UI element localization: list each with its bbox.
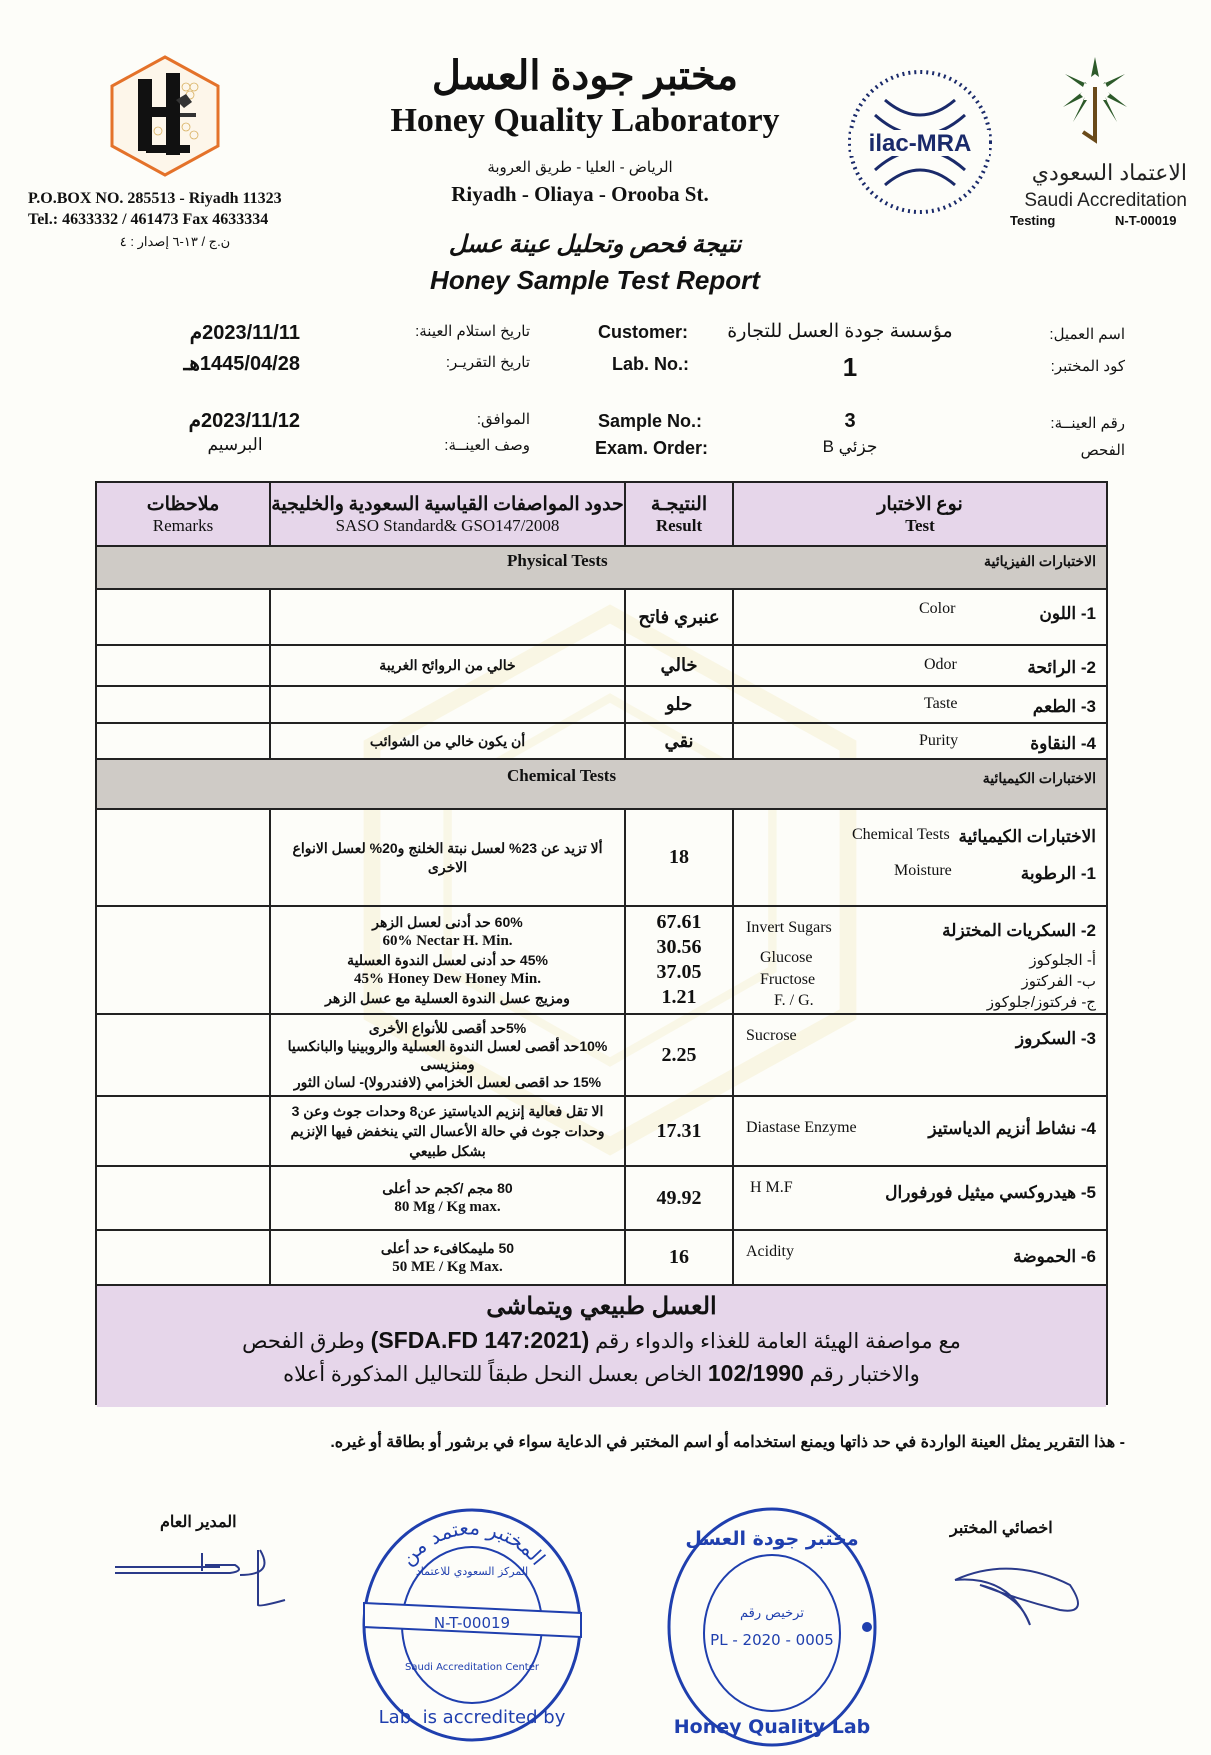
remarks-cell bbox=[97, 1015, 269, 1095]
test-ar: 2- السكريات المختزلة bbox=[942, 921, 1096, 941]
exam-order-label-en: Exam. Order: bbox=[595, 438, 708, 459]
conclusion-text: وطرق الفحص bbox=[242, 1330, 365, 1353]
lab-stamp-icon: مختبر جودة العسل ترخيص رقم PL - 2020 - 0… bbox=[665, 1505, 880, 1750]
standard-line: ومزيج عسل الندوة العسلية مع عسل الزهر bbox=[325, 989, 570, 1008]
conclusion-text: والاختبار رقم bbox=[810, 1363, 920, 1386]
standard-cell: 60% حد أدنى لعسل الزهر 60% Nectar H. Min… bbox=[269, 907, 624, 1013]
test-ar: 3- الطعم bbox=[1033, 697, 1096, 717]
result-cell: خالي bbox=[624, 646, 732, 685]
result-cell: حلو bbox=[624, 687, 732, 722]
remarks-cell bbox=[97, 687, 269, 722]
results-table: ملاحظات Remarks حدود المواصفات القياسية … bbox=[95, 481, 1108, 1405]
standard-line: 80 Mg / Kg max. bbox=[394, 1198, 500, 1217]
corresponding-label: الموافق: bbox=[380, 410, 530, 428]
test-ar: 1- الرطوبة bbox=[1021, 864, 1096, 884]
test-en: Purity bbox=[919, 732, 958, 750]
conclusion-line-2: مع مواصفة الهيئة العامة للغذاء والدواء ر… bbox=[97, 1327, 1106, 1354]
lab-specialist-label: اخصائي المختبر bbox=[950, 1518, 1053, 1538]
test-en: Color bbox=[919, 600, 955, 618]
stamp-lab-top-ar: مختبر جودة العسل bbox=[685, 1528, 858, 1550]
remarks-ar: ملاحظات bbox=[147, 493, 220, 516]
test-en: H M.F bbox=[750, 1179, 793, 1197]
standard-line: 5%حد أقصى للأنواع الأخرى bbox=[369, 1019, 527, 1037]
sub-test-ar: أ- الجلوكوز bbox=[1029, 951, 1096, 969]
stamp-bottom-en: Lab. is accredited by bbox=[379, 1707, 566, 1728]
sample-no-label-ar: رقم العينــة: bbox=[960, 414, 1125, 432]
conclusion-text: الخاص بعسل النحل طبقاً للتحاليل المذكورة… bbox=[283, 1363, 702, 1386]
header-remarks: ملاحظات Remarks bbox=[97, 483, 269, 545]
test-ar: 3- السكروز bbox=[1016, 1029, 1096, 1049]
disclaimer: - هذا التقرير يمثل العينة الواردة في حد … bbox=[150, 1432, 1125, 1452]
lab-name-ar: مختبر جودة العسل bbox=[385, 52, 785, 99]
chemical-tests-band: Chemical Tests الاختبارات الكيميائية bbox=[97, 760, 1106, 810]
chemical-heading-ar: الاختبارات الكيميائية bbox=[958, 827, 1096, 847]
remarks-cell bbox=[97, 907, 269, 1013]
test-en: Diastase Enzyme bbox=[746, 1119, 857, 1137]
table-row-acidity: 50 مليمكافىء حد أعلى 50 ME / Kg Max. 16 … bbox=[97, 1231, 1106, 1286]
result-cell: 49.92 bbox=[624, 1167, 732, 1229]
conclusion-line-1: العسل طبيعي ويتماشى bbox=[97, 1292, 1106, 1321]
sample-desc-label: وصف العينــة: bbox=[380, 436, 530, 454]
address-en: Riyadh - Oliaya - Orooba St. bbox=[420, 182, 740, 207]
result-en: Result bbox=[656, 516, 702, 536]
conclusion-line-3: والاختبار رقم 102/1990 الخاص بعسل النحل … bbox=[97, 1360, 1106, 1387]
sample-no-value: 3 bbox=[720, 410, 980, 433]
remarks-cell bbox=[97, 724, 269, 758]
report-date-value: 1445/04/28هـ bbox=[140, 351, 300, 376]
header-result: النتيجـة Result bbox=[624, 483, 732, 545]
standard-line: 45% Honey Dew Honey Min. bbox=[354, 970, 541, 989]
ilac-label: ilac-MRA bbox=[869, 130, 972, 157]
standard-cell bbox=[269, 590, 624, 644]
saa-scope: Testing bbox=[1010, 213, 1055, 228]
result-cell: 2.25 bbox=[624, 1015, 732, 1095]
physical-band-ar: الاختبارات الفيزيائية bbox=[984, 553, 1096, 570]
lab-logo-icon bbox=[110, 55, 220, 177]
table-row-purity: أن يكون خالي من الشوائب نقي Purity 4- ال… bbox=[97, 724, 1106, 760]
table-row-color: عنبري فاتح Color 1- اللون bbox=[97, 590, 1106, 646]
test-en: Taste bbox=[924, 695, 958, 713]
report-title-en: Honey Sample Test Report bbox=[400, 265, 790, 296]
standard-line: 50 مليمكافىء حد أعلى bbox=[381, 1239, 514, 1258]
receipt-date-label: تاريخ استلام العينة: bbox=[380, 322, 530, 340]
table-header: ملاحظات Remarks حدود المواصفات القياسية … bbox=[97, 483, 1106, 547]
po-box-text: P.O.BOX NO. 285513 - Riyadh 11323 bbox=[28, 188, 328, 209]
remarks-cell bbox=[97, 1231, 269, 1284]
physical-tests-band: Physical Tests الاختبارات الفيزيائية bbox=[97, 547, 1106, 590]
test-en: Invert Sugars bbox=[746, 919, 832, 937]
test-cell: Sucrose 3- السكروز bbox=[732, 1015, 1106, 1095]
test-cell: Purity 4- النقاوة bbox=[732, 724, 1106, 758]
stamp-inner-ar: المركز السعودي للاعتماد bbox=[416, 1565, 528, 1578]
result-cell: نقي bbox=[624, 724, 732, 758]
lab-no-label-ar: كود المختبر: bbox=[960, 357, 1125, 375]
sfda-code: (SFDA.FD 147:2021) bbox=[371, 1327, 590, 1353]
test-cell: Taste 3- الطعم bbox=[732, 687, 1106, 722]
stamp-license-ar: ترخيص رقم bbox=[740, 1606, 804, 1621]
test-cell: Diastase Enzyme 4- نشاط أنزيم الدياستيز bbox=[732, 1097, 1106, 1165]
result-glucose: 30.56 bbox=[657, 935, 702, 960]
exam-order-label-ar: الفحص bbox=[960, 441, 1125, 459]
standard-line: 60% Nectar H. Min. bbox=[382, 932, 512, 951]
exam-order-value: جزئي B bbox=[720, 437, 980, 457]
test-en: Odor bbox=[924, 656, 957, 674]
test-ar: نوع الاختبار bbox=[877, 493, 962, 516]
result-cell: 16 bbox=[624, 1231, 732, 1284]
customer-label-en: Customer: bbox=[598, 322, 688, 343]
physical-band-en: Physical Tests bbox=[507, 551, 608, 571]
header-test: نوع الاختبار Test bbox=[732, 483, 1106, 545]
stamp-lab-bottom-en: Honey Quality Lab bbox=[674, 1716, 871, 1738]
stamp-code: N-T-00019 bbox=[434, 1614, 510, 1632]
corresponding-value: 2023/11/12م bbox=[140, 408, 300, 433]
test-cell: H M.F 5- هيدروكسي ميثيل فورفورال bbox=[732, 1167, 1106, 1229]
standard-cell: الا تقل فعالية إنزيم الدياستيز عن8 وحدات… bbox=[269, 1097, 624, 1165]
saudi-accreditation-star-icon bbox=[1055, 52, 1135, 152]
chemical-band-en: Chemical Tests bbox=[507, 766, 616, 786]
test-ar: 4- نشاط أنزيم الدياستيز bbox=[928, 1119, 1096, 1139]
standard-line: 10%حد أقصى لعسل الندوة العسلية والروبيني… bbox=[283, 1037, 612, 1073]
table-row-sucrose: 5%حد أقصى للأنواع الأخرى 10%حد أقصى لعسل… bbox=[97, 1015, 1106, 1097]
conclusion-box: العسل طبيعي ويتماشى مع مواصفة الهيئة الع… bbox=[97, 1286, 1106, 1407]
table-row-moisture: ألا تزيد عن 23% لعسل نبتة الخلنج و20% لع… bbox=[97, 810, 1106, 907]
test-cell: Color 1- اللون bbox=[732, 590, 1106, 644]
standard-cell: أن يكون خالي من الشوائب bbox=[269, 724, 624, 758]
table-row-hmf: 80 مجم /كجم حد أعلى 80 Mg / Kg max. 49.9… bbox=[97, 1167, 1106, 1231]
test-cell: Invert Sugars 2- السكريات المختزلة Gluco… bbox=[732, 907, 1106, 1013]
standard-cell: 5%حد أقصى للأنواع الأخرى 10%حد أقصى لعسل… bbox=[269, 1015, 624, 1095]
standard-line: 15% حد اقصى لعسل الخزامي (لافندرولا)- لس… bbox=[294, 1073, 601, 1091]
lab-no-label-en: Lab. No.: bbox=[612, 354, 689, 375]
sub-test-en: Glucose bbox=[760, 949, 812, 967]
sub-test-en: F. / G. bbox=[774, 992, 814, 1010]
accreditation-stamp-icon: N-T-00019 المختبر معتمد من المركز السعود… bbox=[360, 1505, 585, 1745]
stamp-license: PL - 2020 - 0005 bbox=[710, 1631, 834, 1649]
tel-fax-text: Tel.: 4633332 / 461473 Fax 4633334 bbox=[28, 209, 328, 230]
test-en: Moisture bbox=[894, 862, 952, 880]
po-box: P.O.BOX NO. 285513 - Riyadh 11323 Tel.: … bbox=[28, 188, 328, 230]
result-fg-ratio: 1.21 bbox=[662, 985, 697, 1010]
conclusion-text: مع مواصفة الهيئة العامة للغذاء والدواء ر… bbox=[595, 1330, 961, 1353]
table-row-invert-sugars: 60% حد أدنى لعسل الزهر 60% Nectar H. Min… bbox=[97, 907, 1106, 1015]
chemical-band-ar: الاختبارات الكيميائية bbox=[983, 770, 1096, 787]
general-manager-signature-icon bbox=[110, 1545, 300, 1615]
table-row-odor: خالي من الروائح الغريبة خالي Odor 2- الر… bbox=[97, 646, 1106, 687]
test-en: Acidity bbox=[746, 1243, 794, 1261]
report-date-label: تاريخ التقريـر: bbox=[380, 353, 530, 371]
standard-line: 45% حد أدنى لعسل الندوة العسلية bbox=[347, 951, 548, 970]
customer-label-ar: اسم العميل: bbox=[960, 325, 1125, 343]
result-cell: 17.31 bbox=[624, 1097, 732, 1165]
test-en: Test bbox=[905, 516, 935, 536]
customer-value: مؤسسة جودة العسل للتجارة bbox=[720, 320, 960, 343]
standard-cell: ألا تزيد عن 23% لعسل نبتة الخلنج و20% لع… bbox=[269, 810, 624, 905]
sub-test-ar: ج- فركتوز/جلوكوز bbox=[987, 993, 1096, 1011]
header-standard: حدود المواصفات القياسية السعودية والخليج… bbox=[269, 483, 624, 545]
standard-cell: 80 مجم /كجم حد أعلى 80 Mg / Kg max. bbox=[269, 1167, 624, 1229]
lab-name-en: Honey Quality Laboratory bbox=[385, 102, 785, 140]
test-cell: Chemical Tests الاختبارات الكيميائية Moi… bbox=[732, 810, 1106, 905]
remarks-cell bbox=[97, 1167, 269, 1229]
saa-code: N-T-00019 bbox=[1115, 213, 1176, 228]
stamp-inner-en: Saudi Accreditation Center bbox=[405, 1662, 540, 1673]
sample-no-label-en: Sample No.: bbox=[598, 411, 702, 432]
result-fructose: 37.05 bbox=[657, 960, 702, 985]
test-ar: 2- الرائحة bbox=[1027, 658, 1096, 678]
test-ar: 6- الحموضة bbox=[1013, 1247, 1096, 1267]
test-en: Sucrose bbox=[746, 1027, 797, 1045]
remarks-cell bbox=[97, 646, 269, 685]
standard-en: SASO Standard& GSO147/2008 bbox=[336, 516, 560, 536]
address-ar: الرياض - العليا - طريق العروبة bbox=[430, 158, 730, 176]
ilac-mra-logo-icon: ilac-MRA bbox=[845, 60, 995, 225]
result-invert: 67.61 bbox=[657, 910, 702, 935]
standard-line: 80 مجم /كجم حد أعلى bbox=[382, 1179, 512, 1198]
test-ar: 5- هيدروكسي ميثيل فورفورال bbox=[885, 1183, 1096, 1203]
receipt-date-value: 2023/11/11م bbox=[140, 320, 300, 345]
standard-line: 60% حد أدنى لعسل الزهر bbox=[372, 913, 522, 932]
test-cell: Odor 2- الرائحة bbox=[732, 646, 1106, 685]
table-row-taste: حلو Taste 3- الطعم bbox=[97, 687, 1106, 724]
lab-specialist-signature-icon bbox=[950, 1555, 1090, 1635]
sample-desc-value: البرسيم bbox=[180, 435, 290, 455]
method-code: 102/1990 bbox=[708, 1360, 804, 1386]
remarks-cell bbox=[97, 810, 269, 905]
form-code: ن.ج / ١٣-٦ إصدار : ٤ bbox=[90, 234, 260, 250]
test-ar: 1- اللون bbox=[1039, 604, 1096, 624]
result-ar: النتيجـة bbox=[651, 493, 707, 516]
remarks-en: Remarks bbox=[153, 516, 213, 536]
standard-ar: حدود المواصفات القياسية السعودية والخليج… bbox=[271, 493, 624, 516]
report-title-ar: نتيجة فحص وتحليل عينة عسل bbox=[430, 230, 760, 259]
sub-test-ar: ب- الفركتوز bbox=[1021, 972, 1096, 990]
standard-cell: 50 مليمكافىء حد أعلى 50 ME / Kg Max. bbox=[269, 1231, 624, 1284]
result-cell: 67.61 30.56 37.05 1.21 bbox=[624, 907, 732, 1013]
standard-cell: خالي من الروائح الغريبة bbox=[269, 646, 624, 685]
result-cell: 18 bbox=[624, 810, 732, 905]
result-cell: عنبري فاتح bbox=[624, 590, 732, 644]
test-ar: 4- النقاوة bbox=[1030, 734, 1096, 754]
test-cell: Acidity 6- الحموضة bbox=[732, 1231, 1106, 1284]
standard-line: 50 ME / Kg Max. bbox=[392, 1258, 502, 1277]
remarks-cell bbox=[97, 590, 269, 644]
remarks-cell bbox=[97, 1097, 269, 1165]
lab-no-value: 1 bbox=[720, 352, 980, 383]
standard-cell bbox=[269, 687, 624, 722]
saa-name-ar: الاعتماد السعودي bbox=[1005, 160, 1187, 186]
table-row-diastase: الا تقل فعالية إنزيم الدياستيز عن8 وحدات… bbox=[97, 1097, 1106, 1167]
chemical-heading-en: Chemical Tests bbox=[852, 826, 950, 844]
sub-test-en: Fructose bbox=[760, 971, 815, 989]
general-manager-label: المدير العام bbox=[160, 1512, 237, 1532]
saa-name-en: Saudi Accreditation bbox=[1005, 190, 1187, 212]
